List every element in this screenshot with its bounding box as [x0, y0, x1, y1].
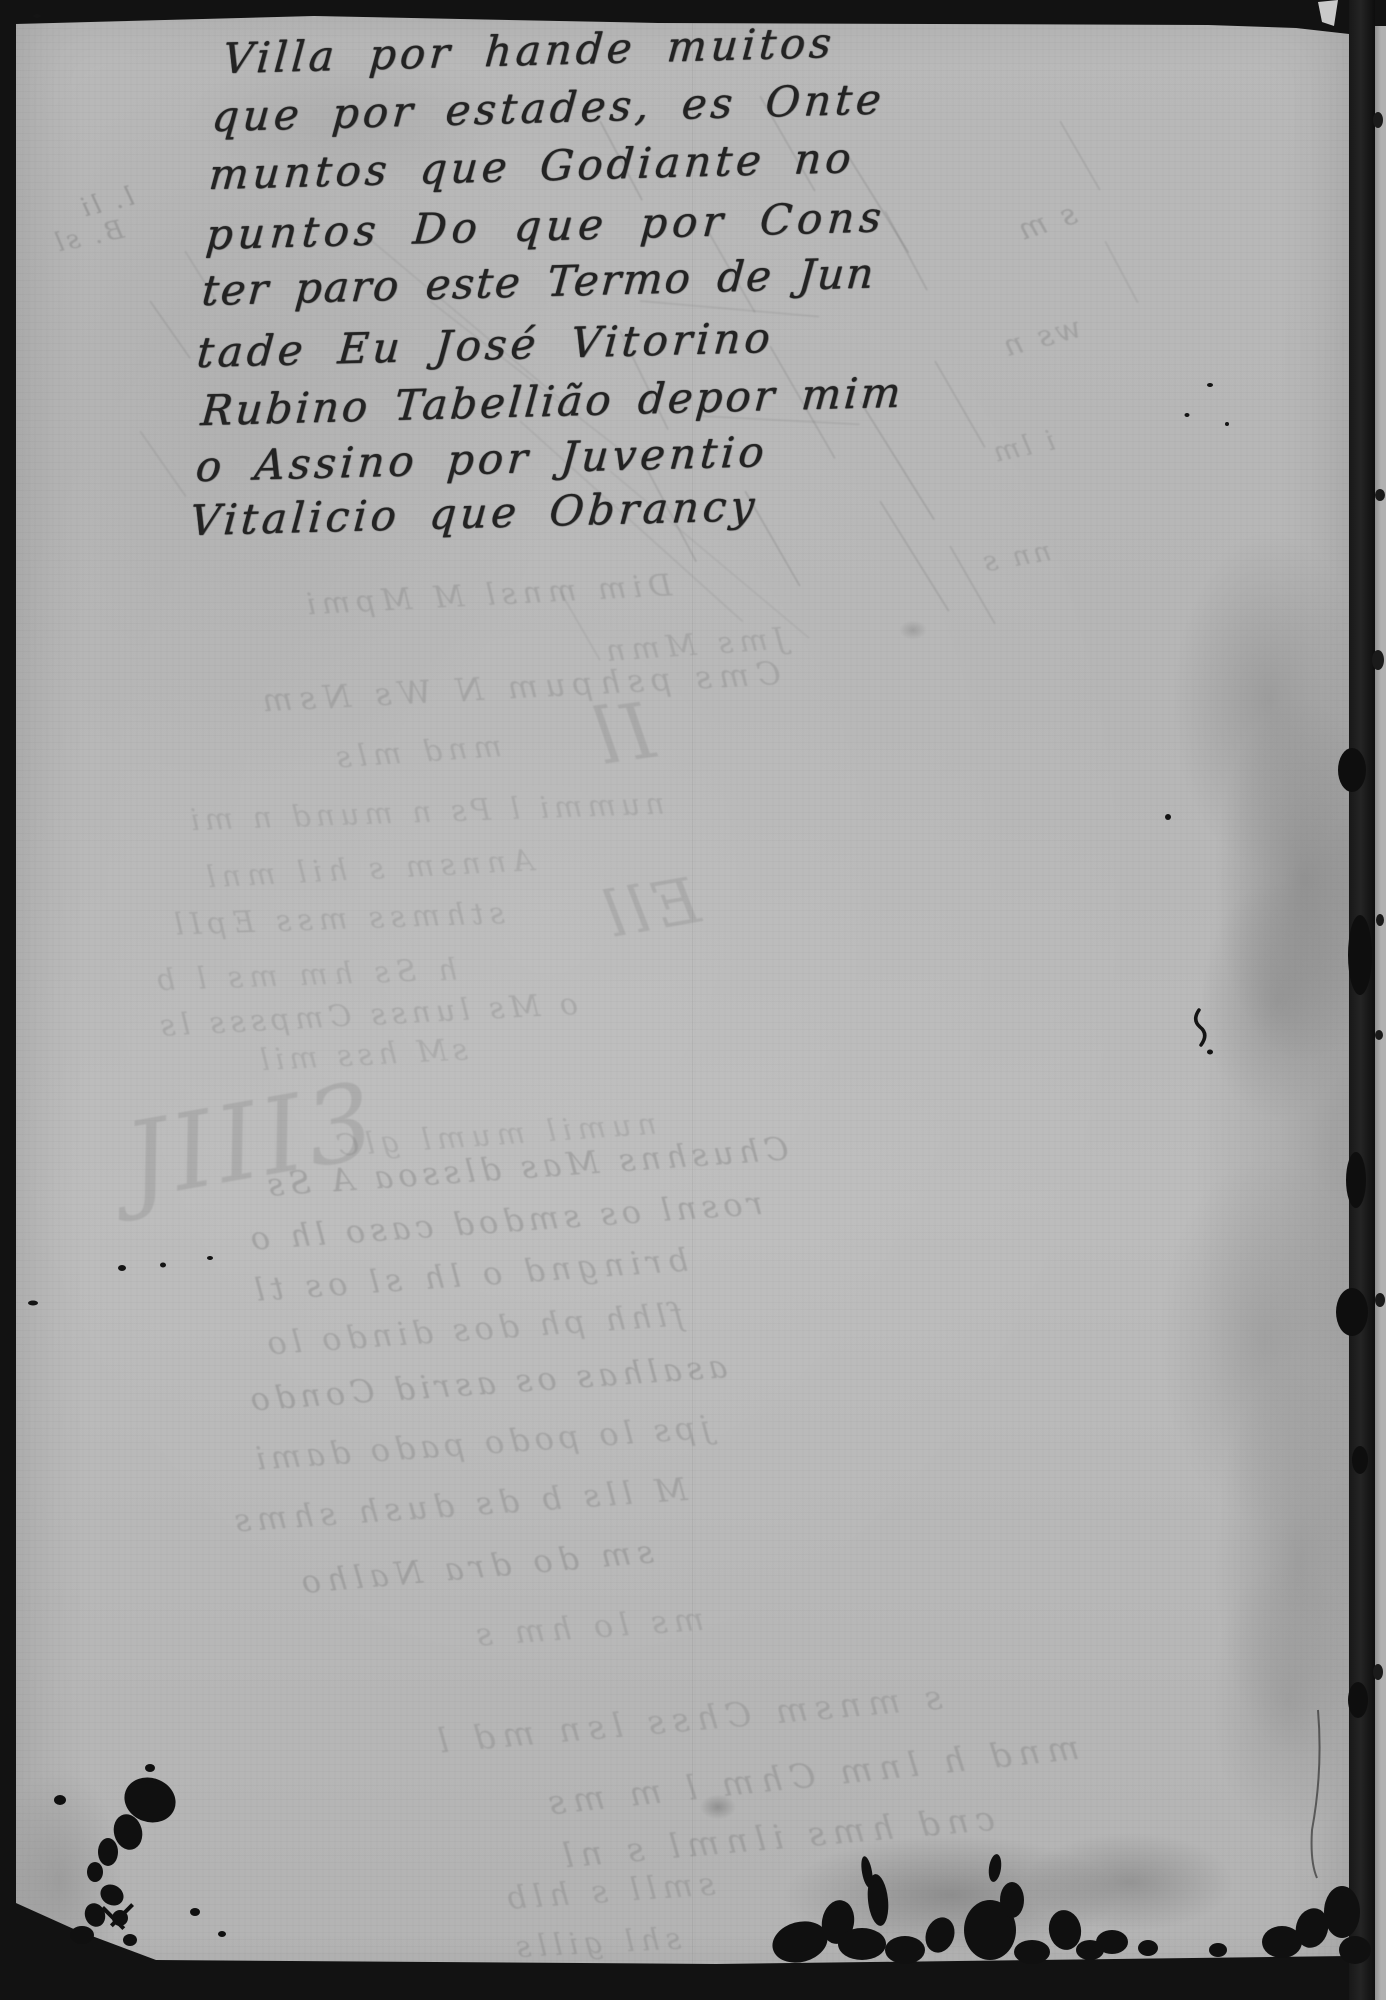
ghost-bleedthrough-line: Il	[584, 686, 660, 784]
torn-corner-highlight	[1318, 0, 1338, 26]
scanned-manuscript-page: l. liB. sls mws ni lmnn sDim mnsl M Mpmi…	[0, 0, 1386, 2000]
binding-gutter-shadow	[1349, 0, 1375, 2000]
adjacent-page-edge	[1375, 26, 1386, 2000]
